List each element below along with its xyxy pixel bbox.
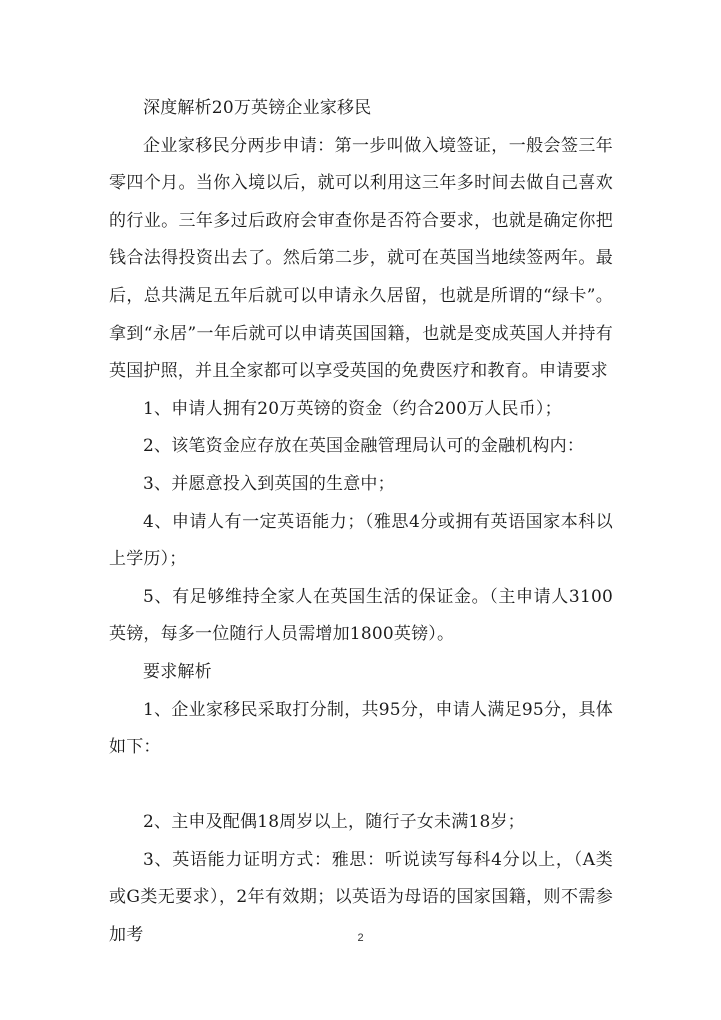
section-heading-analysis: 要求解析 — [109, 654, 613, 692]
document-title: 深度解析20万英镑企业家移民 — [109, 90, 613, 128]
document-body: 深度解析20万英镑企业家移民 企业家移民分两步申请：第一步叫做入境签证，一般会签… — [109, 90, 613, 955]
paragraph-overview: 企业家移民分两步申请：第一步叫做入境签证，一般会签三年零四个月。当你入境以后，就… — [109, 128, 613, 391]
requirement-2: 2、该笔资金应存放在英国金融管理局认可的金融机构内： — [109, 428, 613, 466]
requirement-4: 4、申请人有一定英语能力；（雅思4分或拥有英语国家本科以上学历）； — [109, 504, 613, 579]
blank-line — [109, 767, 613, 805]
analysis-1: 1、企业家移民采取打分制，共95分，申请人满足95分，具体如下： — [109, 692, 613, 767]
analysis-2: 2、主申及配偶18周岁以上，随行子女未满18岁； — [109, 804, 613, 842]
requirement-3: 3、并愿意投入到英国的生意中； — [109, 466, 613, 504]
requirement-5: 5、有足够维持全家人在英国生活的保证金。（主申请人3100英镑，每多一位随行人员… — [109, 579, 613, 654]
page-number: 2 — [0, 932, 721, 944]
requirement-1: 1、申请人拥有20万英镑的资金（约合200万人民币）； — [109, 391, 613, 429]
document-page: 深度解析20万英镑企业家移民 企业家移民分两步申请：第一步叫做入境签证，一般会签… — [0, 0, 721, 1020]
